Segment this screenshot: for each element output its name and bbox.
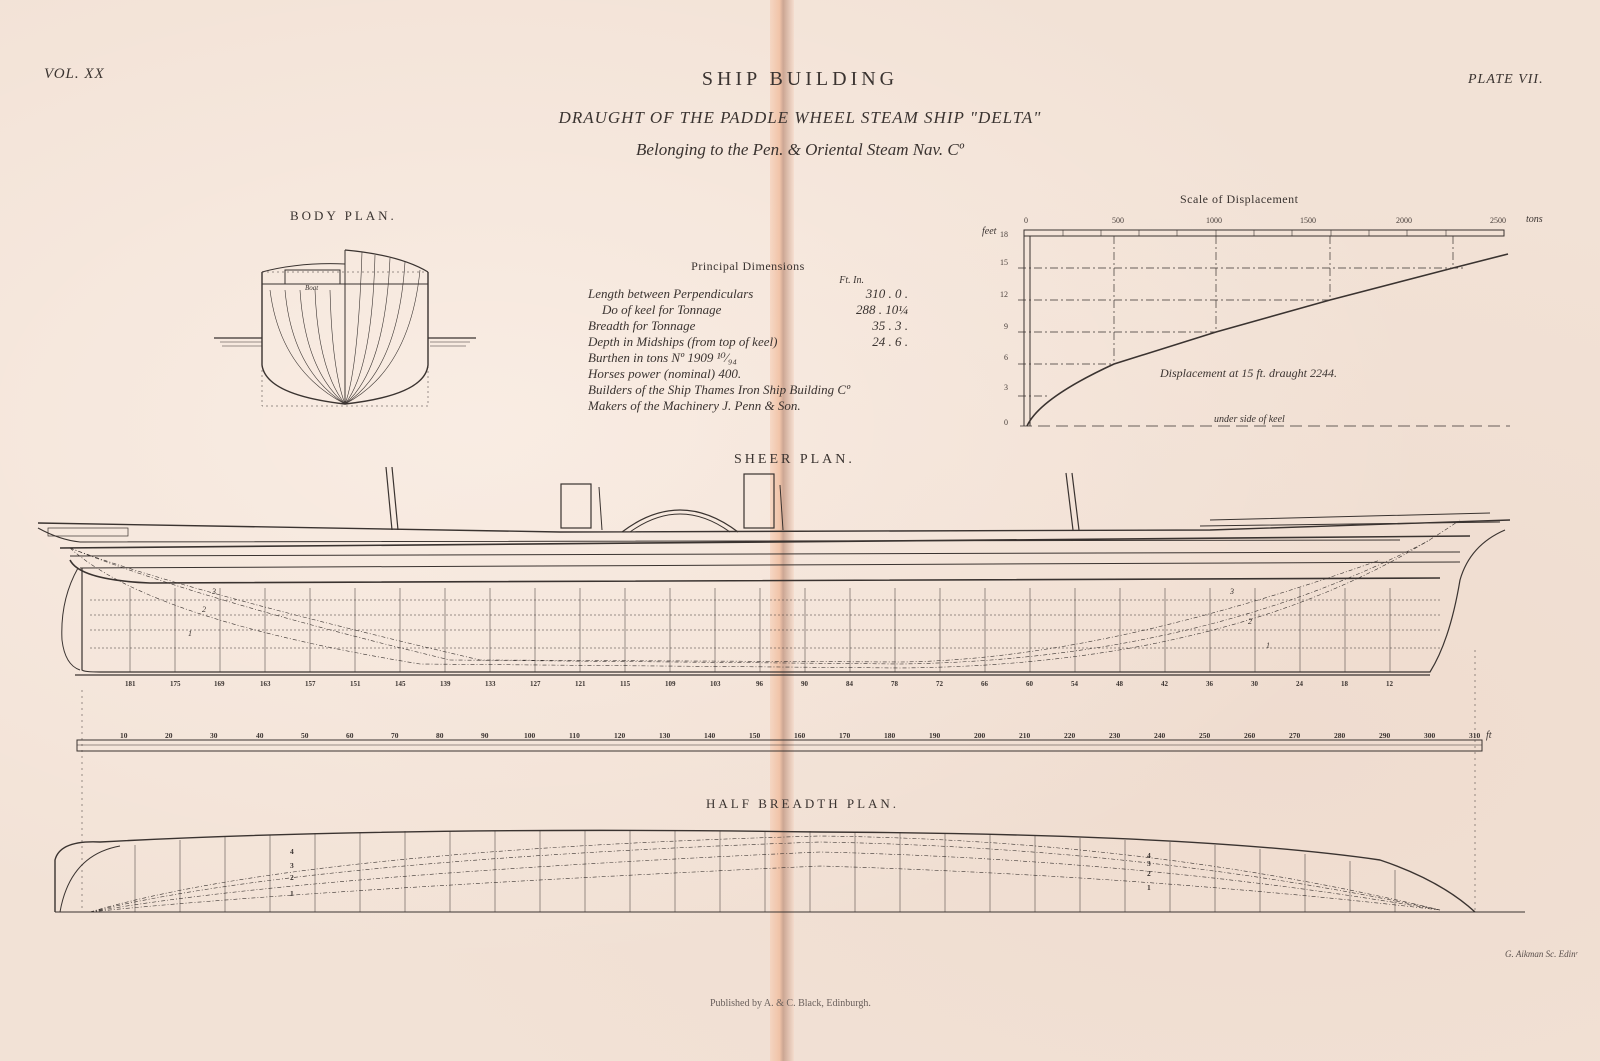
svg-text:42: 42 xyxy=(1161,680,1169,688)
svg-text:36: 36 xyxy=(1206,680,1214,688)
svg-text:70: 70 xyxy=(391,731,399,740)
svg-text:2: 2 xyxy=(290,873,294,882)
svg-text:151: 151 xyxy=(350,680,361,688)
svg-text:24: 24 xyxy=(1296,680,1304,688)
body-plan-drawing xyxy=(214,250,476,406)
displacement-chart xyxy=(1018,230,1510,426)
svg-text:121: 121 xyxy=(575,680,586,688)
sheer-station-labels: 181 175 169 163 157 151 145 139 133 127 … xyxy=(125,680,1394,688)
svg-text:2: 2 xyxy=(1147,869,1151,878)
scale-bar-labels: 10 20 30 40 50 60 70 80 90 100 110 120 1… xyxy=(120,730,1492,741)
svg-text:2: 2 xyxy=(202,605,206,614)
svg-text:240: 240 xyxy=(1154,731,1166,740)
svg-text:30: 30 xyxy=(1251,680,1259,688)
svg-text:30: 30 xyxy=(210,731,218,740)
drawings-layer: Boat 181 175 169 163 157 151 145 139 133… xyxy=(0,0,1600,1061)
svg-text:290: 290 xyxy=(1379,731,1391,740)
svg-text:145: 145 xyxy=(395,680,406,688)
svg-text:3: 3 xyxy=(1147,859,1151,868)
svg-text:115: 115 xyxy=(620,680,631,688)
svg-text:270: 270 xyxy=(1289,731,1301,740)
svg-text:1: 1 xyxy=(290,889,294,898)
svg-text:190: 190 xyxy=(929,731,941,740)
svg-text:3: 3 xyxy=(1229,587,1234,596)
svg-text:210: 210 xyxy=(1019,731,1031,740)
svg-text:140: 140 xyxy=(704,731,716,740)
svg-text:84: 84 xyxy=(846,680,854,688)
svg-text:181: 181 xyxy=(125,680,136,688)
svg-text:2: 2 xyxy=(1248,617,1252,626)
svg-text:90: 90 xyxy=(801,680,809,688)
svg-text:80: 80 xyxy=(436,731,444,740)
svg-text:78: 78 xyxy=(891,680,899,688)
svg-text:1: 1 xyxy=(1266,641,1270,650)
svg-text:40: 40 xyxy=(256,731,264,740)
svg-text:250: 250 xyxy=(1199,731,1211,740)
svg-text:3: 3 xyxy=(211,587,216,596)
sheer-waterline-labels: 3 2 1 3 2 1 xyxy=(188,587,1270,650)
svg-text:260: 260 xyxy=(1244,731,1256,740)
svg-text:310: 310 xyxy=(1469,731,1481,740)
svg-text:48: 48 xyxy=(1116,680,1124,688)
svg-text:133: 133 xyxy=(485,680,496,688)
half-breadth-waterline-labels: 4 3 2 1 4 3 2 1 xyxy=(290,847,1151,898)
svg-text:175: 175 xyxy=(170,680,181,688)
svg-text:160: 160 xyxy=(794,731,806,740)
svg-text:72: 72 xyxy=(936,680,944,688)
svg-text:10: 10 xyxy=(120,731,128,740)
svg-text:130: 130 xyxy=(659,731,671,740)
svg-text:4: 4 xyxy=(290,847,294,856)
svg-text:20: 20 xyxy=(165,731,173,740)
svg-text:60: 60 xyxy=(346,731,354,740)
svg-text:103: 103 xyxy=(710,680,721,688)
svg-text:90: 90 xyxy=(481,731,489,740)
svg-text:230: 230 xyxy=(1109,731,1121,740)
scale-bar xyxy=(77,740,1482,751)
svg-text:139: 139 xyxy=(440,680,451,688)
svg-text:300: 300 xyxy=(1424,731,1436,740)
svg-text:120: 120 xyxy=(614,731,626,740)
svg-text:150: 150 xyxy=(749,731,761,740)
svg-text:157: 157 xyxy=(305,680,316,688)
svg-text:18: 18 xyxy=(1341,680,1349,688)
svg-text:110: 110 xyxy=(569,731,580,740)
svg-text:3: 3 xyxy=(290,861,294,870)
svg-text:12: 12 xyxy=(1386,680,1394,688)
svg-text:127: 127 xyxy=(530,680,541,688)
svg-text:170: 170 xyxy=(839,731,851,740)
svg-text:100: 100 xyxy=(524,731,536,740)
boat-label: Boat xyxy=(305,284,319,292)
svg-text:280: 280 xyxy=(1334,731,1346,740)
sheer-plan-drawing xyxy=(38,467,1510,675)
svg-text:54: 54 xyxy=(1071,680,1079,688)
svg-text:220: 220 xyxy=(1064,731,1076,740)
svg-text:ft: ft xyxy=(1486,730,1492,741)
svg-text:163: 163 xyxy=(260,680,271,688)
svg-text:1: 1 xyxy=(188,629,192,638)
svg-text:1: 1 xyxy=(1147,883,1151,892)
svg-text:96: 96 xyxy=(756,680,764,688)
half-breadth-plan-drawing xyxy=(55,650,1525,912)
svg-text:200: 200 xyxy=(974,731,986,740)
svg-text:50: 50 xyxy=(301,731,309,740)
svg-text:66: 66 xyxy=(981,680,989,688)
svg-text:109: 109 xyxy=(665,680,676,688)
svg-text:180: 180 xyxy=(884,731,896,740)
svg-text:60: 60 xyxy=(1026,680,1034,688)
svg-text:169: 169 xyxy=(214,680,225,688)
